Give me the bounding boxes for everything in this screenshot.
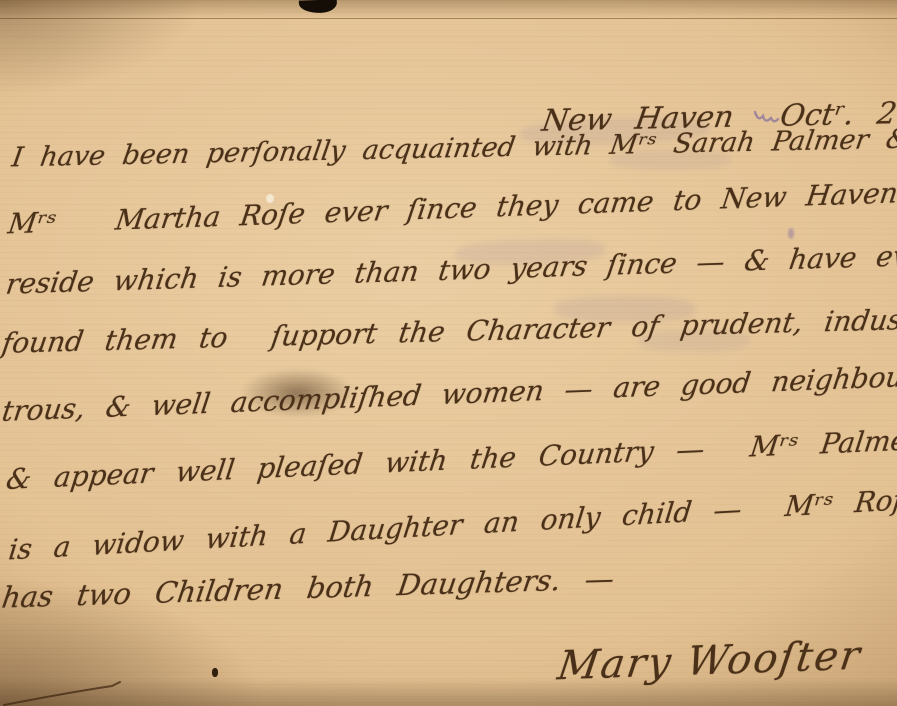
body-line: has two Children both Daughters. — [0, 560, 617, 616]
body-line: trous, & well accompliſhed women — are g… [0, 358, 897, 429]
body-line: & appear well pleaſed with the Country —… [4, 422, 897, 497]
body-line: found them to ſupport the Character of p… [0, 302, 897, 361]
paper-top-fold-crease [0, 0, 897, 19]
ink-spot [212, 668, 218, 677]
purple-ink-dot [788, 228, 794, 239]
body-line: Mʳˢ Martha Roſe ever ſince they came to … [6, 174, 897, 242]
body-line: is a widow with a Daughter an only child… [7, 481, 897, 567]
letter-photograph: New Haven Octʳ. 20ᵗʰ. 1800 I have been p… [0, 0, 897, 706]
cut-off-pen-stroke [0, 680, 130, 706]
signature: Mary Wooſter [555, 631, 865, 692]
body-line: reside which is more than two years ſinc… [4, 237, 897, 301]
